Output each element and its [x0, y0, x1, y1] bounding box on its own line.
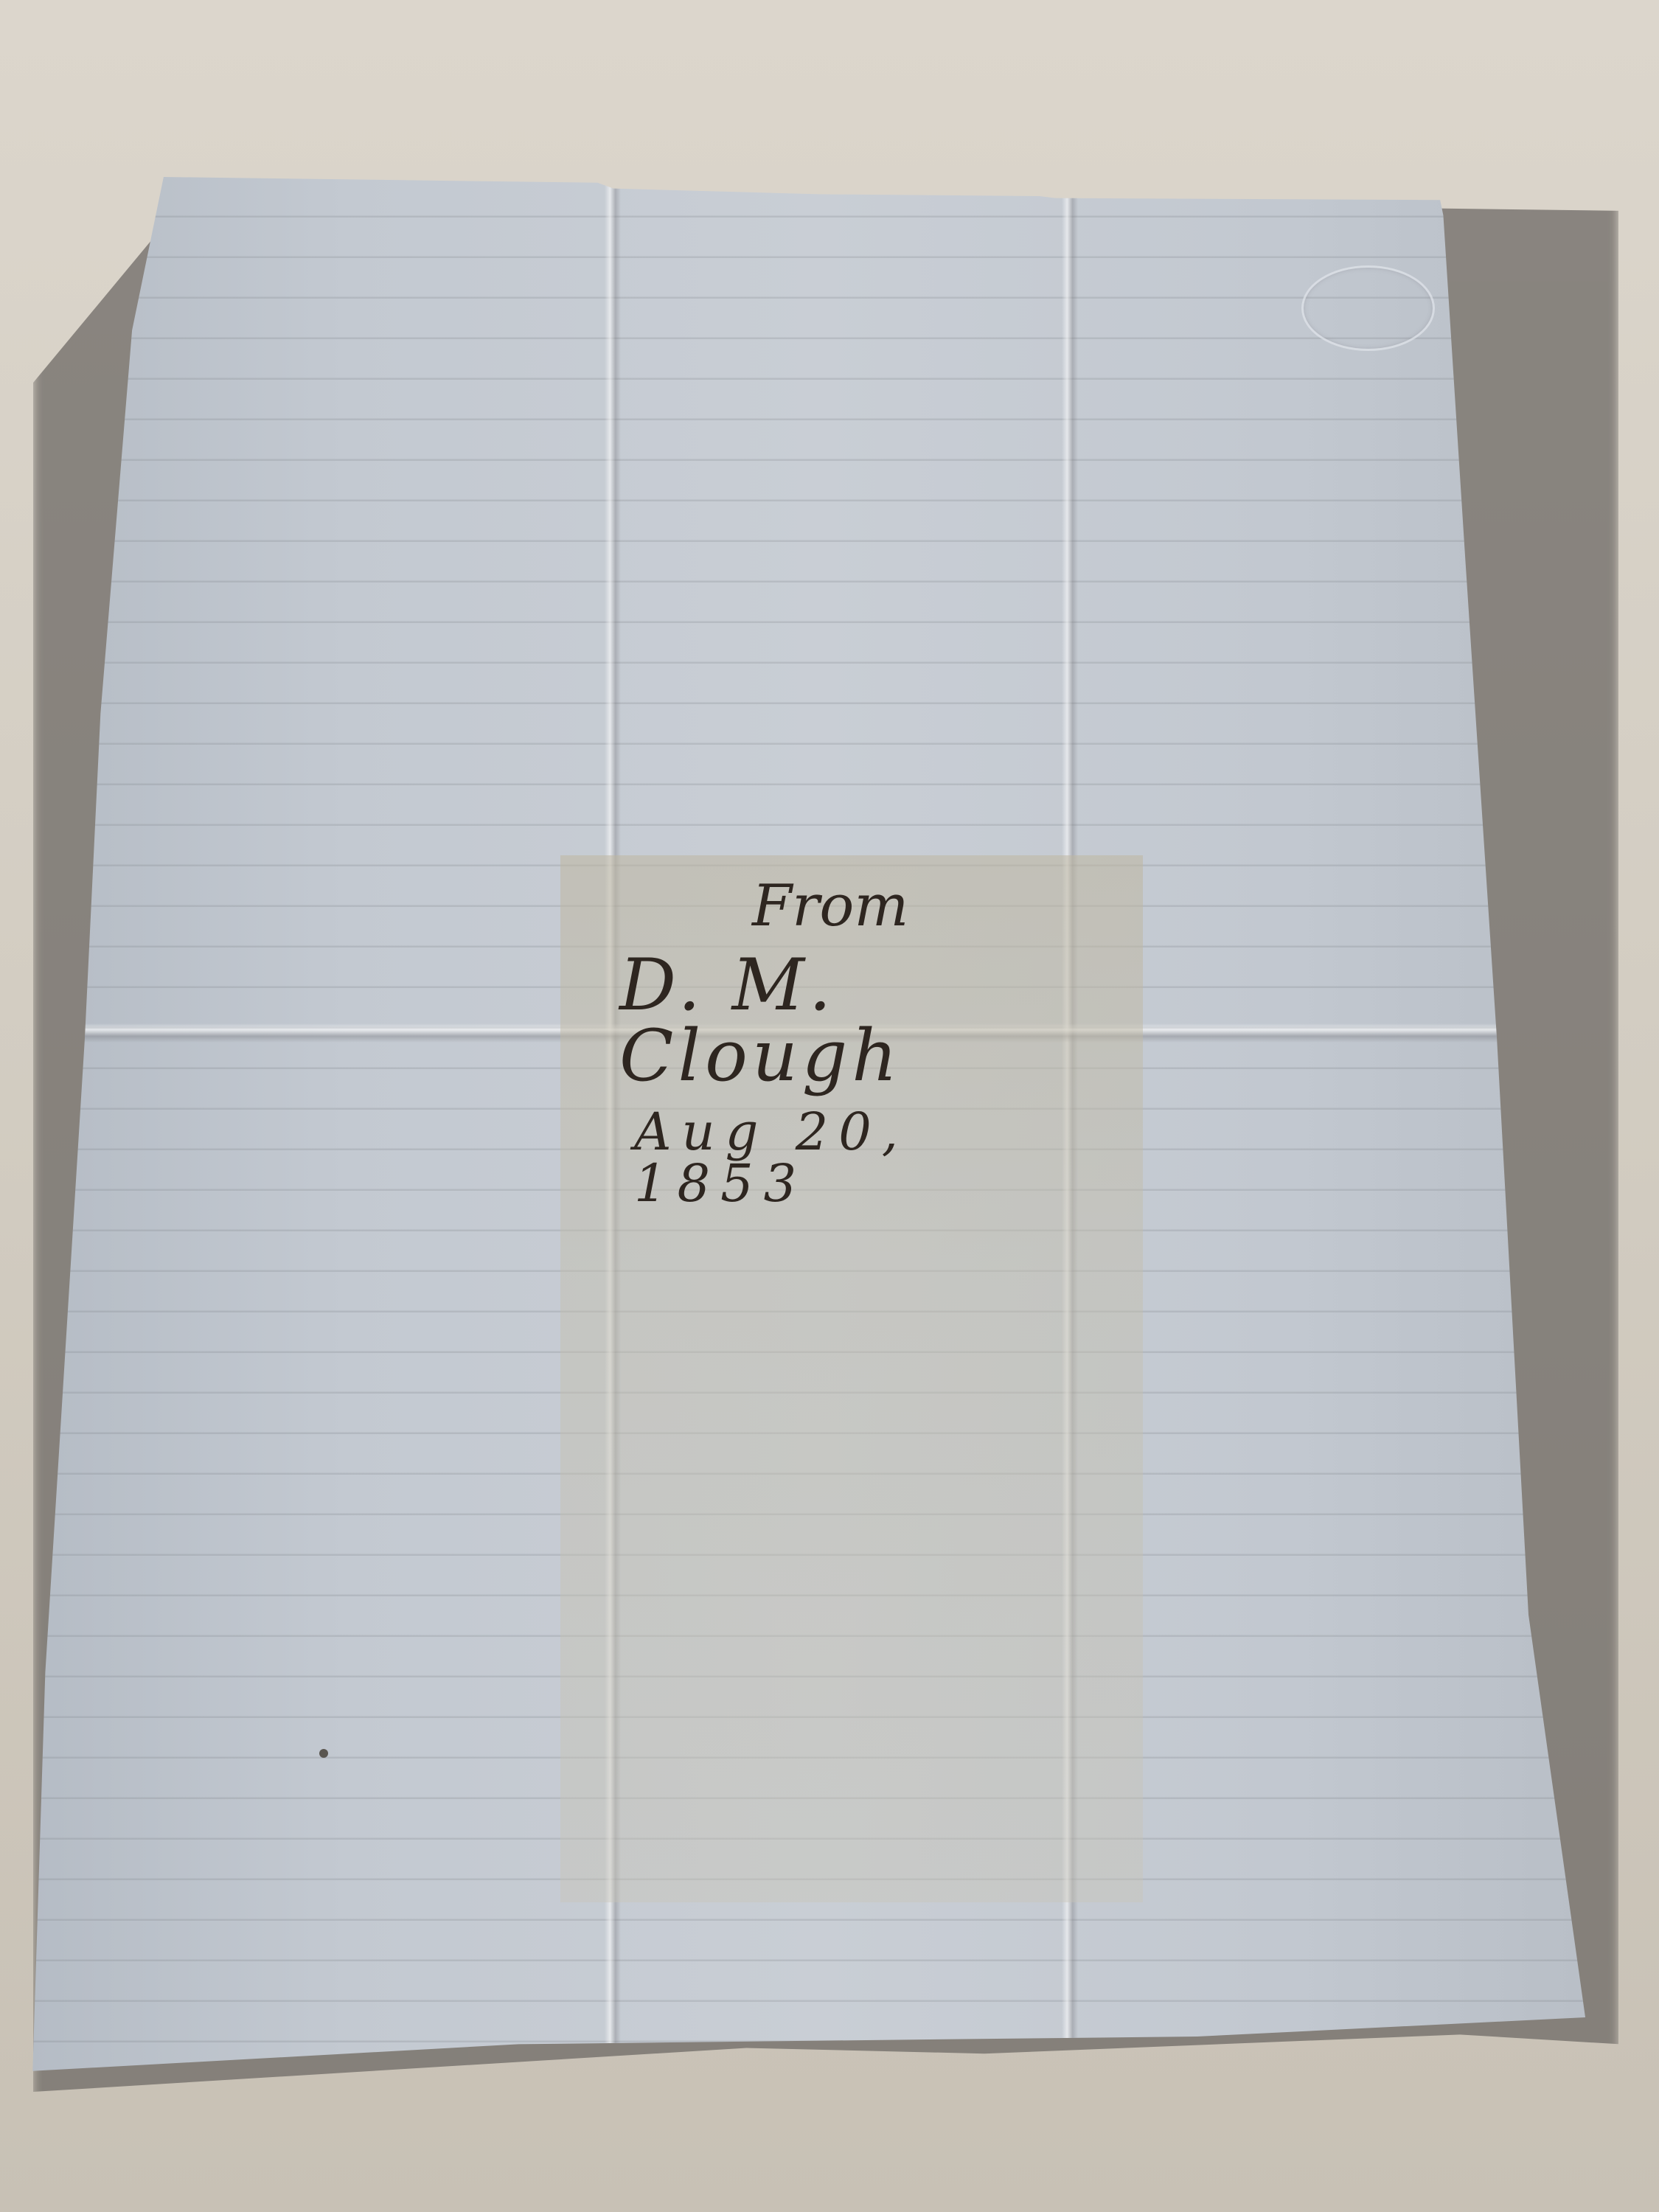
handwritten-address: From D. M. Clough Aug 20, 1853 [590, 877, 1106, 1209]
letter-date: Aug 20, 1853 [634, 1106, 1106, 1209]
embossed-seal-icon [1301, 265, 1435, 351]
ink-speck [319, 1749, 328, 1758]
from-label: From [752, 877, 1106, 935]
sender-name: D. M. Clough [619, 950, 1106, 1091]
